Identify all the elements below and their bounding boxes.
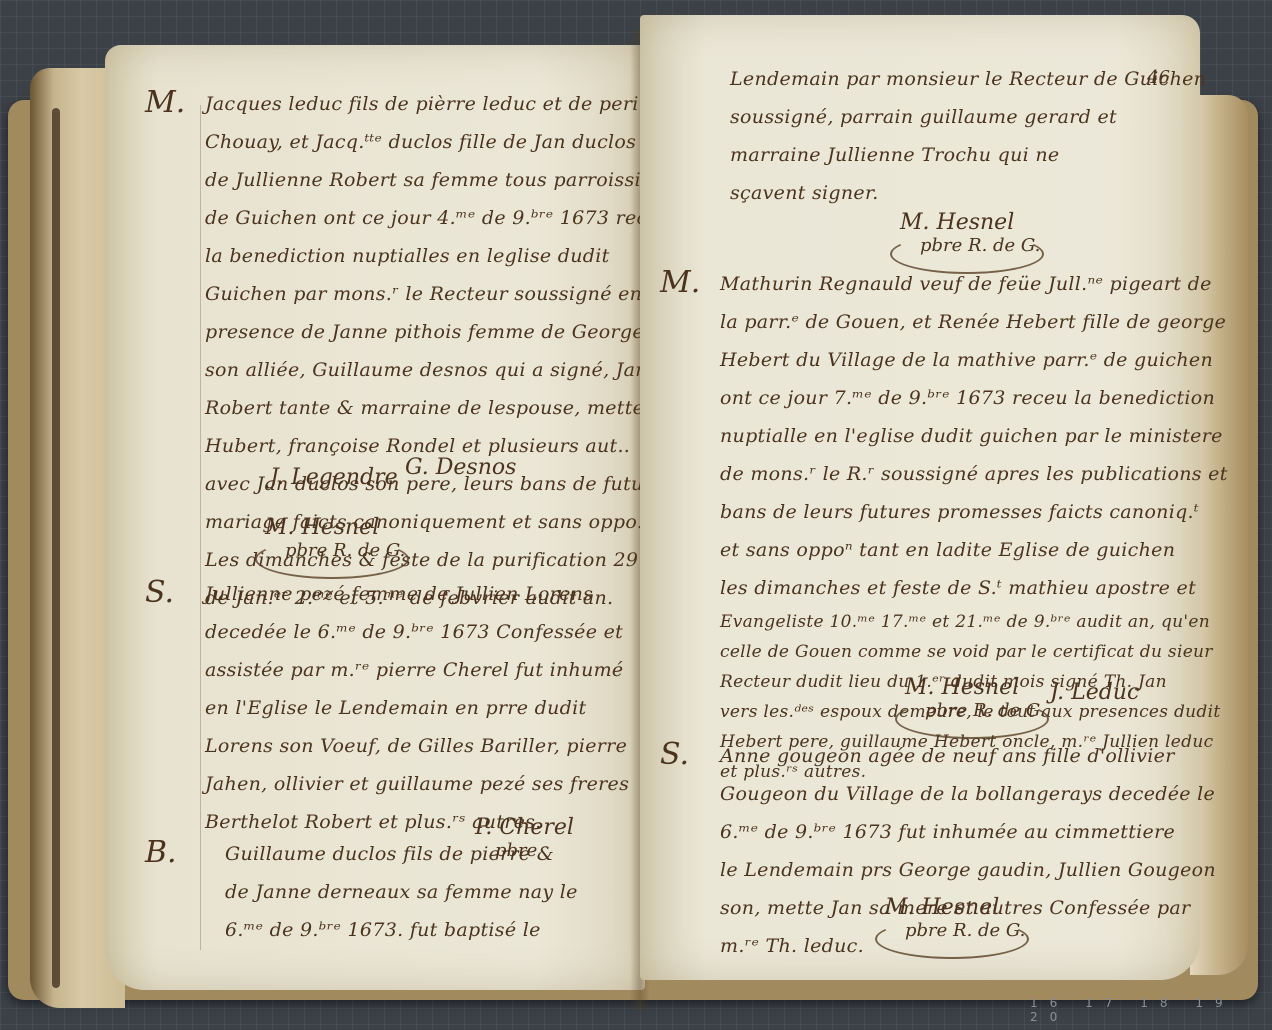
text-line: assistée par m.ʳᵉ pierre Cherel fut inhu… [205,651,629,689]
text-line: Hebert du Village de la mathive parr.ᵉ d… [720,341,1228,379]
text-line: de mons.ʳ le R.ʳ soussigné apres les pub… [720,455,1228,493]
text-line: Jahen, ollivier et guillaume pezé ses fr… [205,765,629,803]
text-line: celle de Gouen comme se void par le cert… [720,637,1228,667]
entry-burial-peze: S. Jullienne pezé femme de Jullien Loren… [145,575,629,841]
signature: J. Legendre [270,465,398,490]
entry-baptism-duclos: B. Guillaume duclos fils de pierre & de … [145,835,578,949]
text-line: Gougeon du Village de la bollangerays de… [720,775,1216,813]
text-line: marraine Jullienne Trochu qui ne [730,136,1206,174]
text-line: Lorens son Voeuf, de Gilles Bariller, pi… [205,727,629,765]
text-line: Jullienne pezé femme de Jullien Lorens [205,575,629,613]
text-line: decedée le 6.ᵐᵉ de 9.ᵇʳᵉ 1673 Confessée … [205,613,629,651]
text-line: ont ce jour 7.ᵐᵉ de 9.ᵇʳᵉ 1673 receu la … [720,379,1228,417]
left-page: M. Jacques leduc fils de pièrre leduc et… [105,45,645,990]
text-line: 6.ᵐᵉ de 9.ᵇʳᵉ 1673. fut baptisé le [225,911,578,949]
text-line: sçavent signer. [730,174,1206,212]
text-line: soussigné, parrain guillaume gerard et [730,98,1206,136]
text-line: Lendemain par monsieur le Recteur de Gui… [730,60,1206,98]
margin-mark: M. [660,265,700,300]
text-line: Guillaume duclos fils de pierre & [225,835,578,873]
text-line: le Lendemain prs George gaudin, Jullien … [720,851,1216,889]
text-line: les dimanches et feste de S.ᵗ mathieu ap… [720,569,1228,607]
text-line: de Janne derneaux sa femme nay le [225,873,578,911]
text-line: Anne gougeon agée de neuf ans fille d'ol… [720,737,1216,775]
scale-ruler: 16 17 18 19 20 [1030,996,1272,1024]
signature-priest: M. Hesnel pbre R. de G. [265,515,405,561]
open-register-book: M. Jacques leduc fils de pièrre leduc et… [0,0,1272,1030]
margin-mark: B. [145,835,177,870]
text-line: et sans oppoⁿ tant en ladite Eglise de g… [720,531,1228,569]
text-line: bans de leurs futures promesses faicts c… [720,493,1228,531]
entry-baptism-continuation: Lendemain par monsieur le Recteur de Gui… [680,60,1206,212]
margin-mark: S. [660,737,689,772]
text-line: nuptialle en l'eglise dudit guichen par … [720,417,1228,455]
signature-priest: M. Hesnel pbre R. de G. [900,210,1040,256]
signature: G. Desnos [405,455,516,480]
text-line: la parr.ᵉ de Gouen, et Renée Hebert fill… [720,303,1228,341]
signature-priest: M. Hesnel pbre R. de G. [885,895,1025,941]
signature: J. Leduc [1050,680,1139,705]
margin-mark: M. [145,85,185,120]
text-line: Evangeliste 10.ᵐᵉ 17.ᵐᵉ et 21.ᵐᵉ de 9.ᵇʳ… [720,607,1228,637]
text-line: en l'Eglise le Lendemain en prre dudit [205,689,629,727]
right-page: 46 Lendemain par monsieur le Recteur de … [640,15,1200,980]
text-line: 6.ᵐᵉ de 9.ᵇʳᵉ 1673 fut inhumée au cimmet… [720,813,1216,851]
spine-shadow [52,108,60,988]
signature-priest: M. Hesnel pbre R. de G. [905,675,1045,721]
text-line: Mathurin Regnauld veuf de feüe Jull.ⁿᵉ p… [720,265,1228,303]
margin-mark: S. [145,575,174,610]
